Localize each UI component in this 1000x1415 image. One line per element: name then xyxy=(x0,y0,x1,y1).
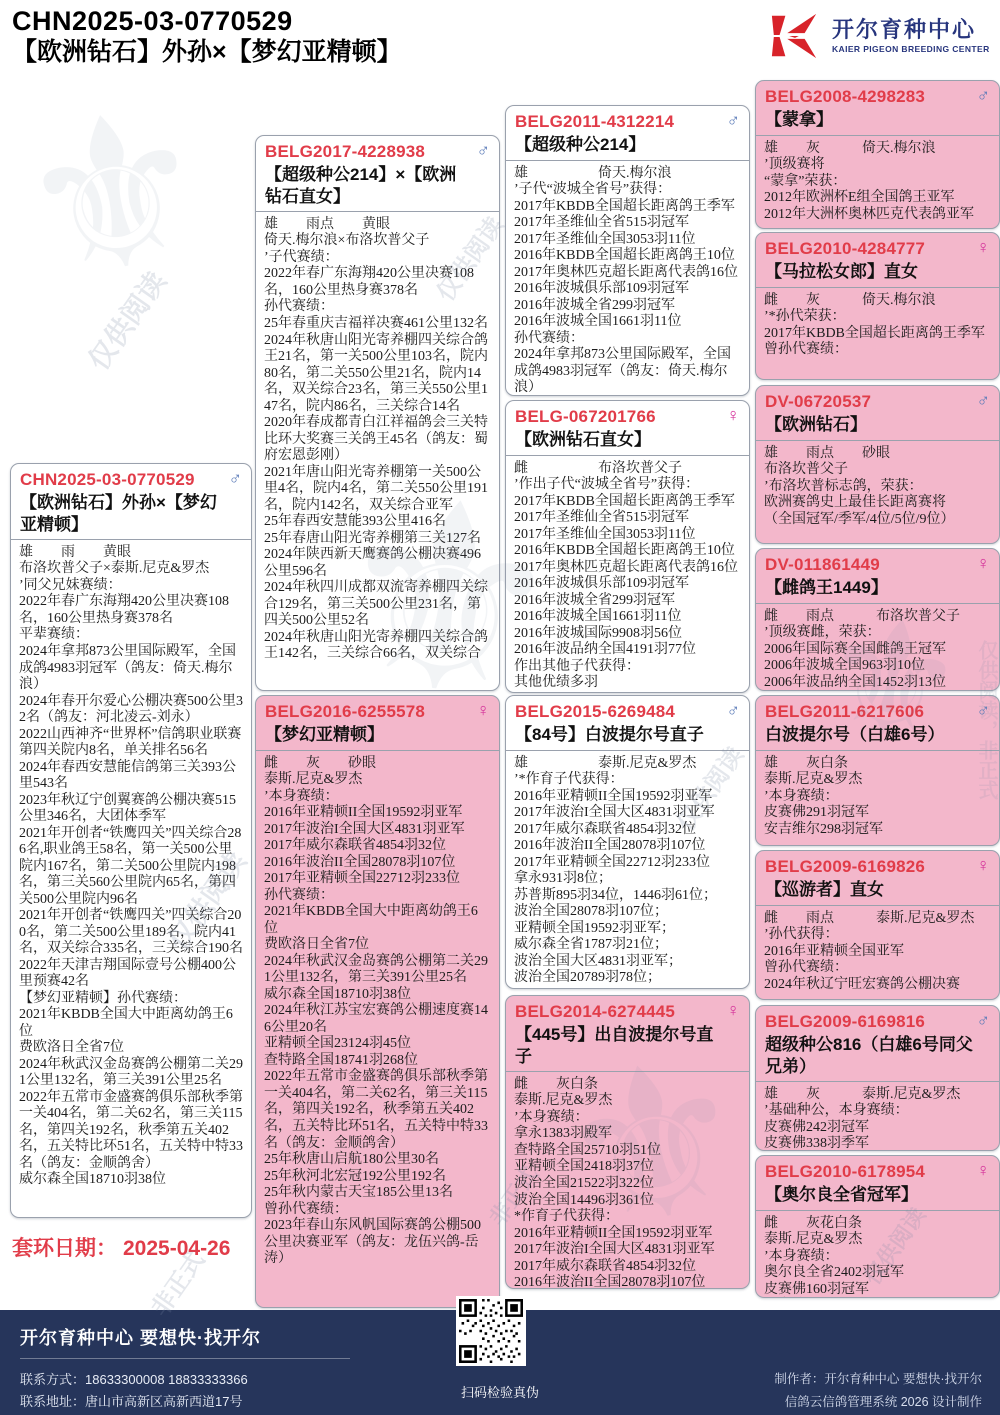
maker-line1: 制作者：开尔育种中心 要想快·找开尔 xyxy=(774,1368,982,1391)
ring-date: 套环日期：2025-04-26 xyxy=(12,1232,230,1262)
pigeon-name: 【欧洲钻石】外孙×【梦幻亚精顿】 xyxy=(20,492,225,535)
pedigree-box-ggparent-7: BELG2009-6169816 ♂ 超级种公816（白雄6号同父兄弟） 雄 灰… xyxy=(755,1005,1000,1151)
female-icon: ♀ xyxy=(977,1161,991,1179)
pigeon-name: 【梦幻亚精顿】 xyxy=(265,724,473,745)
ring-date-value: 2025-04-26 xyxy=(123,1237,230,1260)
pigeon-record: 雌 布洛坎普父子 ’作出子代“波城全省号”获得： 2017年KBDB全国超长距离… xyxy=(506,456,749,693)
ring-number: BELG2009-6169816 xyxy=(765,1012,925,1031)
pigeon-record: 雄 灰 泰斯.尼克&罗杰 ’基础种公，本身赛绩： 皮赛佛242羽冠军 皮赛佛33… xyxy=(756,1082,999,1151)
box-header: BELG2014-6274445 ♀ 【445号】出自波提尔号直子 xyxy=(506,996,749,1072)
ring-number: CHN2025-03-0770529 xyxy=(20,470,195,489)
pigeon-name: 【超级种公214】×【欧洲钻石直女】 xyxy=(265,164,473,207)
female-icon: ♀ xyxy=(727,406,741,424)
pedigree-box-ggparent-4: DV-011861449 ♀ 【雌鸽王1449】 雌 雨点 布洛坎普父子 ’顶级… xyxy=(755,548,1000,691)
box-header: BELG2017-4228938 ♂ 【超级种公214】×【欧洲钻石直女】 xyxy=(256,136,499,212)
pigeon-name: 【445号】出自波提尔号直子 xyxy=(515,1024,723,1067)
pedigree-box-grandsire-2: BELG2015-6269484 ♂ 【84号】白波提尔号直子 雄 泰斯.尼克&… xyxy=(505,695,750,989)
ring-date-label: 套环日期： xyxy=(12,1237,117,1260)
ring-number: BELG2008-4298283 xyxy=(765,87,925,106)
female-icon: ♀ xyxy=(727,1001,741,1019)
subject-title: 【欧洲钻石】外孙×【梦幻亚精顿】 xyxy=(12,37,402,67)
male-icon: ♂ xyxy=(977,701,991,719)
pigeon-record: 雌 灰 倚天.梅尔浪 ’*孙代荣获： 2017年KBDB全国超长距离鸽王季军 曾… xyxy=(756,288,999,365)
pedigree-box-granddam-2: BELG2014-6274445 ♀ 【445号】出自波提尔号直子 雌 灰白条 … xyxy=(505,995,750,1289)
ring-number: BELG2011-6217606 xyxy=(765,702,924,721)
maker-line2: 信鸽云信鸽管理系统 2026 设计制作 xyxy=(774,1391,982,1414)
pigeon-name: 【欧洲钻石】 xyxy=(765,414,973,435)
pedigree-box-ggparent-1: BELG2008-4298283 ♂ 【蒙拿】 雄 灰 倚天.梅尔浪 ’顶级赛将… xyxy=(755,80,1000,229)
ring-number: BELG2010-6178954 xyxy=(765,1162,925,1181)
pigeon-record: 雄 雨 黄眼 布洛坎普父子×泰斯.尼克&罗杰 ’同父兄妹赛绩： 2022年春广东… xyxy=(11,540,251,1195)
pigeon-name: 【超级种公214】 xyxy=(515,134,723,155)
pigeon-record: 雌 雨点 泰斯.尼克&罗杰 ’孙代获得： 2016年亚精顿全国亚军 曾孙代赛绩：… xyxy=(756,906,999,1000)
female-icon: ♀ xyxy=(977,554,991,572)
box-header: DV-06720537 ♂ 【欧洲钻石】 xyxy=(756,386,999,441)
ring-number: BELG2014-6274445 xyxy=(515,1002,675,1021)
box-header: BELG2011-4312214 ♂ 【超级种公214】 xyxy=(506,106,749,161)
pedigree-box-ggparent-5: BELG2011-6217606 ♂ 白波提尔号（白雄6号） 雄 灰白条 泰斯.… xyxy=(755,695,1000,846)
pigeon-record: 雌 灰花白条 泰斯.尼克&罗杰 ’本身赛绩： 奥尔良全省2402羽冠军 皮赛佛1… xyxy=(756,1211,999,1298)
male-icon: ♂ xyxy=(727,701,741,719)
pedigree-box-mother: BELG2016-6255578 ♀ 【梦幻亚精顿】 雌 灰 砂眼 泰斯.尼克&… xyxy=(255,695,500,1308)
pigeon-name: 【雌鸽王1449】 xyxy=(765,577,973,598)
fleur-watermark-icon: ⚜ xyxy=(3,75,225,315)
pigeon-record: 雌 灰 砂眼 泰斯.尼克&罗杰 ’本身赛绩： 2016年亚精顿II全国19592… xyxy=(256,751,499,1274)
pigeon-record: 雄 倚天.梅尔浪 ’子代“波城全省号”获得： 2017年KBDB全国超长距离鸽王… xyxy=(506,161,749,396)
pedigree-box-father: BELG2017-4228938 ♂ 【超级种公214】×【欧洲钻石直女】 雄 … xyxy=(255,135,500,691)
box-header: BELG-067201766 ♀ 【欧洲钻石直女】 xyxy=(506,401,749,456)
footer-divider xyxy=(20,1358,350,1359)
page-title: CHN2025-03-0770529 【欧洲钻石】外孙×【梦幻亚精顿】 xyxy=(12,6,402,67)
ring-number: BELG2016-6255578 xyxy=(265,702,425,721)
box-header: BELG2015-6269484 ♂ 【84号】白波提尔号直子 xyxy=(506,696,749,751)
pedigree-box-granddam-1: BELG-067201766 ♀ 【欧洲钻石直女】 雌 布洛坎普父子 ’作出子代… xyxy=(505,400,750,693)
pigeon-name: 【奥尔良全省冠军】 xyxy=(765,1184,973,1205)
box-header: BELG2010-4284777 ♀ 【马拉松女郎】直女 xyxy=(756,233,999,288)
box-header: BELG2011-6217606 ♂ 白波提尔号（白雄6号） xyxy=(756,696,999,751)
pedigree-box-ggparent-8: BELG2010-6178954 ♀ 【奥尔良全省冠军】 雌 灰花白条 泰斯.尼… xyxy=(755,1155,1000,1298)
pigeon-name: 【马拉松女郎】直女 xyxy=(765,261,973,282)
pedigree-box-ggparent-2: BELG2010-4284777 ♀ 【马拉松女郎】直女 雌 灰 倚天.梅尔浪 … xyxy=(755,232,1000,380)
pedigree-box-ggparent-3: DV-06720537 ♂ 【欧洲钻石】 雄 雨点 砂眼 布洛坎普父子 ’布洛坎… xyxy=(755,385,1000,544)
pigeon-name: 【蒙拿】 xyxy=(765,109,973,130)
ring-number: BELG2017-4228938 xyxy=(265,142,425,161)
box-header: BELG2009-6169816 ♂ 超级种公816（白雄6号同父兄弟） xyxy=(756,1006,999,1082)
ring-number: BELG2009-6169826 xyxy=(765,857,925,876)
male-icon: ♂ xyxy=(977,86,991,104)
box-header: CHN2025-03-0770529 ♂ 【欧洲钻石】外孙×【梦幻亚精顿】 xyxy=(11,464,251,540)
box-header: BELG2009-6169826 ♀ 【巡游者】直女 xyxy=(756,851,999,906)
subject-ring-number: CHN2025-03-0770529 xyxy=(12,6,402,37)
box-header: BELG2008-4298283 ♂ 【蒙拿】 xyxy=(756,81,999,136)
box-header: BELG2010-6178954 ♀ 【奥尔良全省冠军】 xyxy=(756,1156,999,1211)
watermark-text: 仅供阅读 xyxy=(78,263,175,378)
qr-code xyxy=(456,1296,526,1366)
brand-logo: 开尔育种中心 KAIER PIGEON BREEDING CENTER xyxy=(766,10,994,62)
male-icon: ♂ xyxy=(229,469,243,487)
male-icon: ♂ xyxy=(977,1011,991,1029)
male-icon: ♂ xyxy=(477,141,491,159)
ring-number: DV-011861449 xyxy=(765,555,880,574)
male-icon: ♂ xyxy=(977,391,991,409)
female-icon: ♀ xyxy=(977,856,991,874)
qr-code-icon xyxy=(459,1299,523,1363)
pigeon-record: 雄 灰 倚天.梅尔浪 ’顶级赛将 “蒙拿”荣获： 2012年欧洲杯E组全国鸽王亚… xyxy=(756,136,999,229)
pigeon-record: 雄 雨点 砂眼 布洛坎普父子 ’布洛坎普标志鸽，荣获： 欧洲赛鸽史上最佳长距离赛… xyxy=(756,441,999,535)
pedigree-box-subject: CHN2025-03-0770529 ♂ 【欧洲钻石】外孙×【梦幻亚精顿】 雄 … xyxy=(10,463,252,1218)
ring-number: BELG2015-6269484 xyxy=(515,702,675,721)
pedigree-box-ggparent-6: BELG2009-6169826 ♀ 【巡游者】直女 雌 雨点 泰斯.尼克&罗杰… xyxy=(755,850,1000,1000)
ring-number: BELG2011-4312214 xyxy=(515,112,674,131)
logo-en-text: KAIER PIGEON BREEDING CENTER xyxy=(832,44,990,54)
male-icon: ♂ xyxy=(727,111,741,129)
box-header: DV-011861449 ♀ 【雌鸽王1449】 xyxy=(756,549,999,604)
pigeon-name: 白波提尔号（白雄6号） xyxy=(765,724,973,745)
box-header: BELG2016-6255578 ♀ 【梦幻亚精顿】 xyxy=(256,696,499,751)
ring-number: BELG-067201766 xyxy=(515,407,656,426)
pigeon-record: 雄 灰白条 泰斯.尼克&罗杰 ’本身赛绩： 皮赛佛291羽冠军 安吉维尔298羽… xyxy=(756,751,999,845)
pigeon-name: 【84号】白波提尔号直子 xyxy=(515,724,723,745)
female-icon: ♀ xyxy=(477,701,491,719)
pigeon-record: 雌 灰白条 泰斯.尼克&罗杰 ’本身赛绩： 拿永1383羽殿军 查特路全国257… xyxy=(506,1072,749,1289)
ring-number: DV-06720537 xyxy=(765,392,871,411)
pigeon-name: 【欧洲钻石直女】 xyxy=(515,429,723,450)
kaier-logo-icon xyxy=(766,10,824,62)
ring-number: BELG2010-4284777 xyxy=(765,239,925,258)
female-icon: ♀ xyxy=(977,238,991,256)
pigeon-record: 雌 雨点 布洛坎普父子 ’顶级赛雌，荣获： 2006年国际赛全国雌鸽王冠军 20… xyxy=(756,604,999,691)
pigeon-record: 雄 雨点 黄眼 倚天.梅尔浪×布洛坎普父子 ’子代赛绩： 2022年春广东海翔4… xyxy=(256,212,499,669)
footer-brand: 开尔育种中心 要想快·找开尔 xyxy=(20,1324,350,1350)
logo-cn-text: 开尔育种中心 xyxy=(832,18,990,42)
pigeon-name: 超级种公816（白雄6号同父兄弟） xyxy=(765,1034,973,1077)
pigeon-name: 【巡游者】直女 xyxy=(765,879,973,900)
pigeon-record: 雄 泰斯.尼克&罗杰 ’*作育子代获得： 2016年亚精顿II全国19592羽亚… xyxy=(506,751,749,989)
pedigree-box-grandsire-1: BELG2011-4312214 ♂ 【超级种公214】 雄 倚天.梅尔浪 ’子… xyxy=(505,105,750,396)
